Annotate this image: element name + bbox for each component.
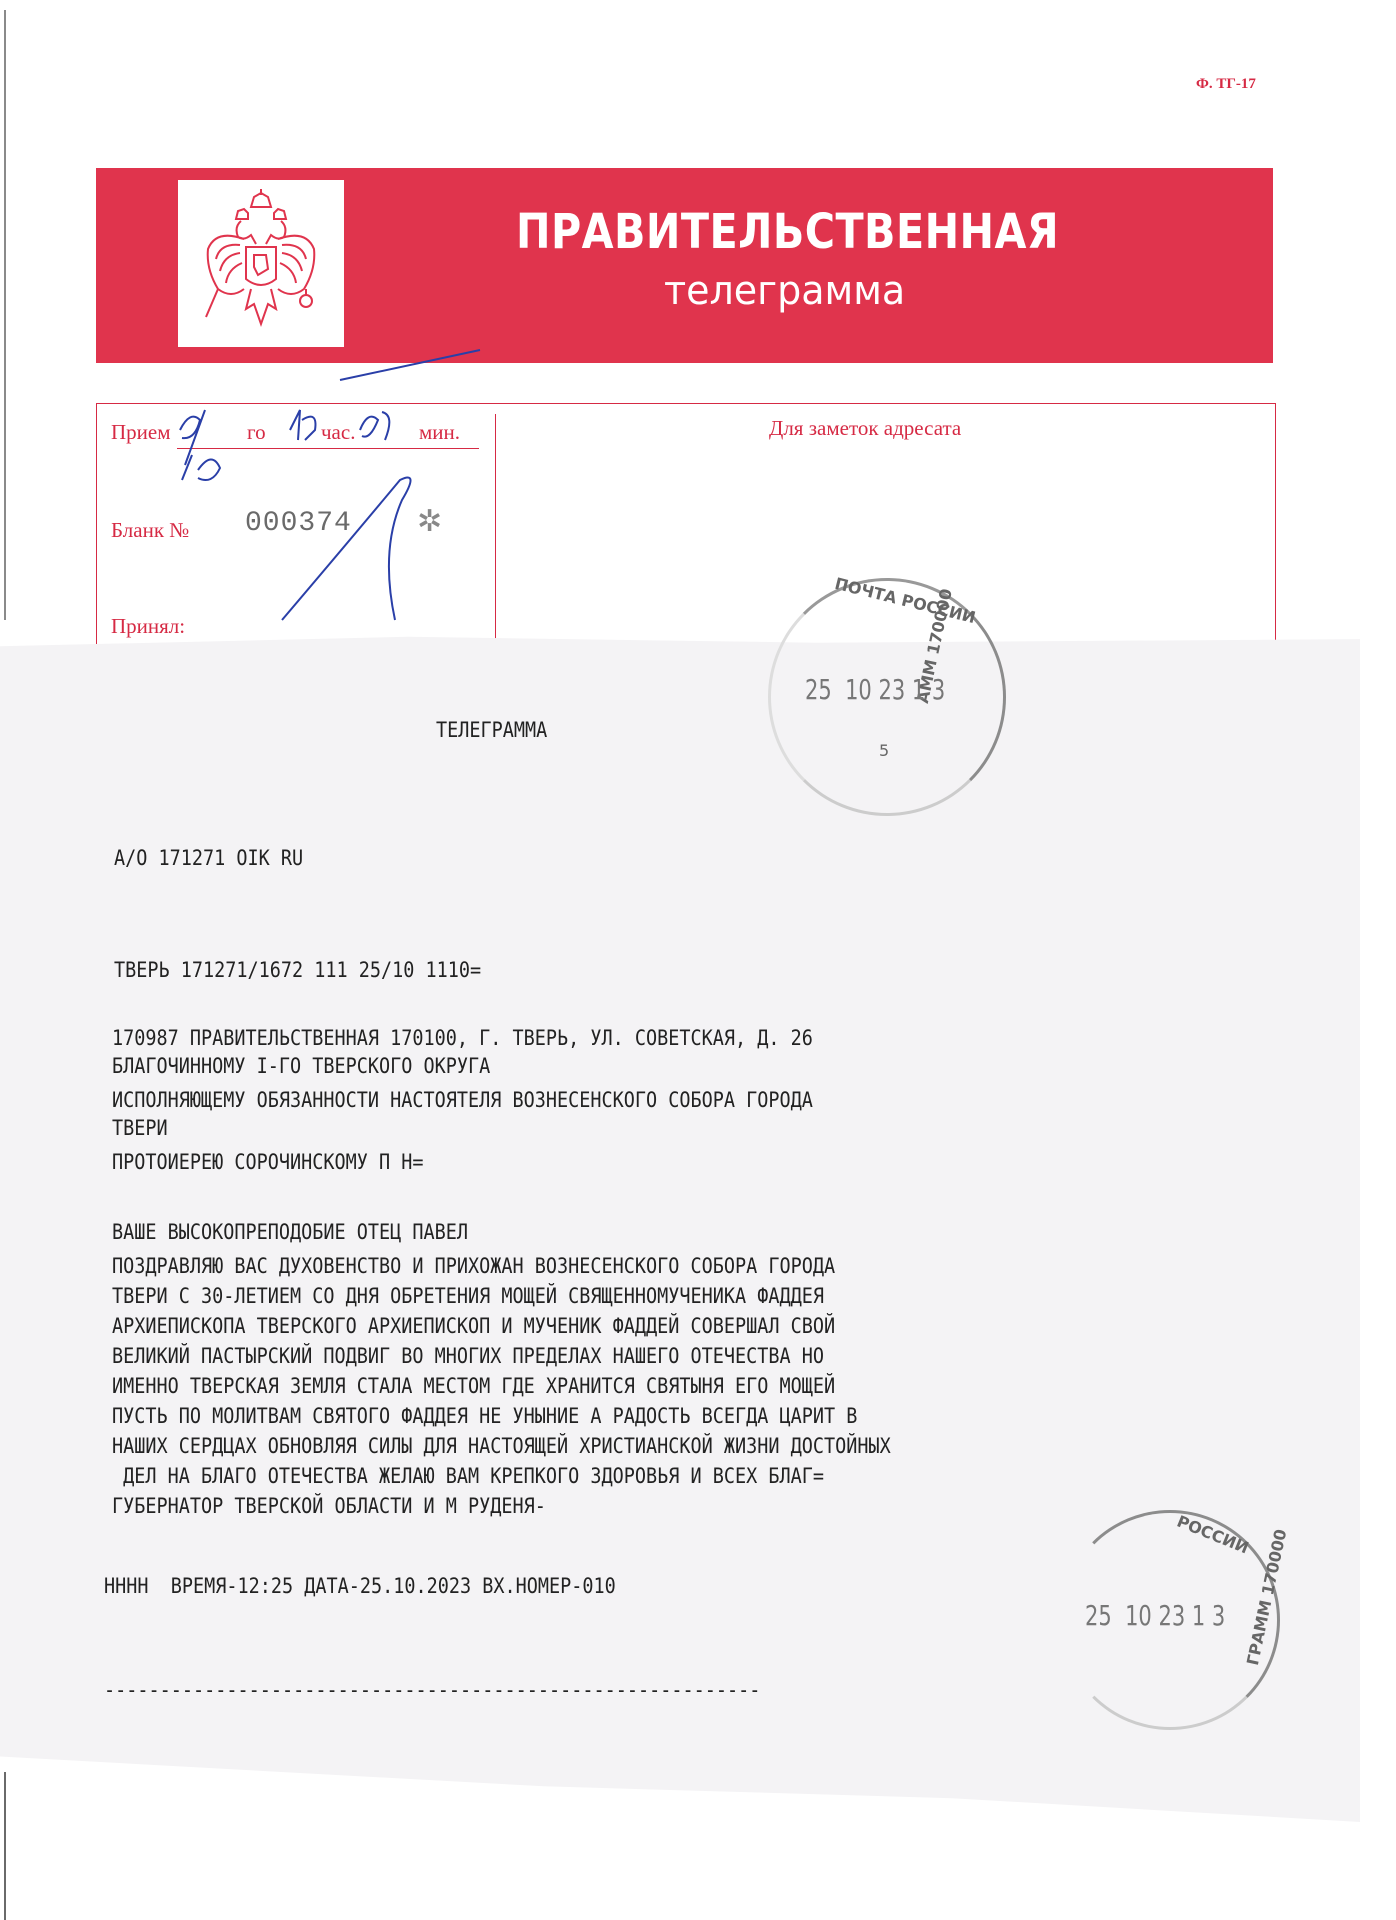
- body-line: АРХИЕПИСКОПА ТВЕРСКОГО АРХИЕПИСКОП И МУЧ…: [112, 1314, 835, 1338]
- signature-line: ГУБЕРНАТОР ТВЕРСКОЙ ОБЛАСТИ И М РУДЕНЯ-: [112, 1494, 546, 1518]
- postal-stamp-bottom: РОССИИ ГРАММ 170000 25 10 23 1 3: [1060, 1510, 1280, 1730]
- scan-edge-left: [4, 10, 6, 620]
- body-line: ДЕЛ НА БЛАГО ОТЕЧЕСТВА ЖЕЛАЮ ВАМ КРЕПКОГ…: [112, 1464, 824, 1488]
- body-line: ВЕЛИКИЙ ПАСТЫРСКИЙ ПОДВИГ ВО МНОГИХ ПРЕД…: [112, 1344, 824, 1368]
- label-received: Прием: [111, 420, 171, 445]
- emblem-box: [178, 180, 344, 347]
- received-underline: [177, 448, 479, 449]
- label-minutes: мин.: [419, 420, 460, 445]
- reception-form: Прием го час. мин. Бланк № 000374 ✲ Прин…: [96, 403, 1276, 653]
- footer-line: НННН ВРЕМЯ-12:25 ДАТА-25.10.2023 ВХ.НОМЕ…: [104, 1574, 616, 1598]
- header-banner: ПРАВИТЕЛЬСТВЕННАЯ телеграмма: [96, 168, 1273, 363]
- body-line: ПОЗДРАВЛЯЮ ВАС ДУХОВЕНСТВО И ПРИХОЖАН ВО…: [112, 1254, 835, 1278]
- body-line: ПУСТЬ ПО МОЛИТВАМ СВЯТОГО ФАДДЕЯ НЕ УНЫН…: [112, 1404, 857, 1428]
- routing-line: ТВЕРЬ 171271/1672 111 25/10 1110=: [114, 958, 481, 982]
- body-line: ВАШЕ ВЫСОКОПРЕПОДОБИЕ ОТЕЦ ПАВЕЛ: [112, 1220, 468, 1244]
- separator-line: ----------------------------------------…: [104, 1678, 760, 1702]
- stamp-date: 25 10 23 1 3: [1085, 1599, 1225, 1632]
- label-accepted: Принял:: [111, 614, 185, 639]
- label-blank: Бланк №: [111, 518, 189, 543]
- blank-number: 000374: [245, 508, 352, 539]
- label-hours: час.: [321, 420, 355, 445]
- postal-stamp-top: ПОЧТА РОССИИ АММ 170000 25 10 23 1 3 5: [768, 578, 1006, 816]
- body-line: НАШИХ СЕРДЦАХ ОБНОВЛЯЯ СИЛЫ ДЛЯ НАСТОЯЩЕ…: [112, 1434, 891, 1458]
- form-code: Ф. ТГ-17: [1196, 76, 1256, 93]
- stamp-date: 25 10 23 1 3: [805, 673, 945, 706]
- address-line: 170987 ПРАВИТЕЛЬСТВЕННАЯ 170100, Г. ТВЕР…: [112, 1026, 813, 1050]
- notes-label: Для заметок адресата: [769, 416, 961, 441]
- stamp-sub: 5: [879, 741, 889, 760]
- address-line: ПРОТОИЕРЕЮ СОРОЧИНСКОМУ П Н=: [112, 1150, 424, 1174]
- service-line: А/О 171271 OIK RU: [114, 846, 303, 870]
- telegram-heading: ТЕЛЕГРАММА: [436, 718, 547, 742]
- address-line: ИСПОЛНЯЮЩЕМУ ОБЯЗАННОСТИ НАСТОЯТЕЛЯ ВОЗН…: [112, 1088, 813, 1112]
- russian-coat-of-arms-icon: [196, 189, 326, 339]
- scan-edge-left-bottom: [4, 1772, 6, 1920]
- body-line: ИМЕННО ТВЕРСКАЯ ЗЕМЛЯ СТАЛА МЕСТОМ ГДЕ Х…: [112, 1374, 835, 1398]
- label-day-suffix: го: [247, 420, 266, 445]
- form-divider: [495, 414, 496, 654]
- banner-subtitle: телеграмма: [664, 268, 905, 314]
- address-line: ТВЕРИ: [112, 1116, 168, 1140]
- body-line: ТВЕРИ С 30-ЛЕТИЕМ СО ДНЯ ОБРЕТЕНИЯ МОЩЕЙ…: [112, 1284, 824, 1308]
- banner-title: ПРАВИТЕЛЬСТВЕННАЯ: [516, 204, 1118, 260]
- blank-mark-icon: ✲: [417, 504, 442, 539]
- address-line: БЛАГОЧИННОМУ I-ГО ТВЕРСКОГО ОКРУГА: [112, 1054, 490, 1078]
